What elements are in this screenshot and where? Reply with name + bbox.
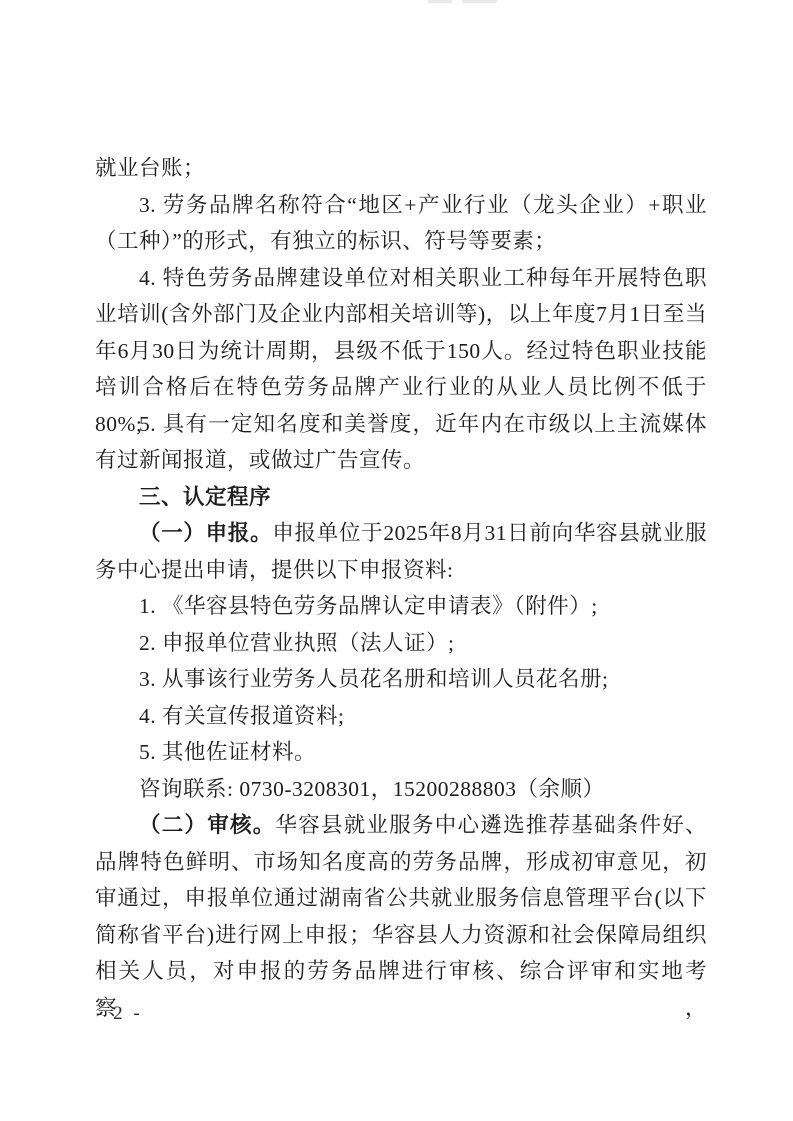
body-text: 相关人员，对申报的劳务品牌进行审核、综合评审和实地考察， — [95, 959, 707, 1020]
text-line: 年6月30日为统计周期，县级不低于150人。经过特色职业技能 — [95, 333, 707, 370]
body-text: 5. 其他佐证材料。 — [139, 740, 316, 764]
text-line: 咨询联系: 0730-3208301，15200288803（余顺） — [95, 771, 707, 808]
text-line: （一）申报。申报单位于2025年8月31日前向华容县就业服 — [95, 515, 707, 552]
text-line: 3. 劳务品牌名称符合“地区+产业行业（龙头企业）+职业 — [95, 187, 707, 224]
text-line: 有过新闻报道，或做过广告宣传。 — [95, 442, 707, 479]
page-number: - 2 - — [96, 1003, 143, 1025]
body-text: 务中心提出申请，提供以下申报资料: — [95, 558, 453, 582]
body-text: 4. 特色劳务品牌建设单位对相关职业工种每年开展特色职 — [139, 266, 707, 290]
text-line: 5. 其他佐证材料。 — [95, 734, 707, 771]
body-text: 申报单位于2025年8月31日前向华容县就业服 — [272, 521, 707, 545]
body-text: 年6月30日为统计周期，县级不低于150人。经过特色职业技能 — [95, 339, 707, 363]
text-line: 三、认定程序 — [95, 479, 707, 516]
text-line: 2. 申报单位营业执照（法人证）; — [95, 625, 707, 662]
heading-text: 三、认定程序 — [139, 485, 271, 509]
text-line: 就业台账； — [95, 150, 707, 187]
body-text: 简称省平台)进行网上申报；华容县人力资源和社会保障局组织 — [95, 923, 707, 947]
text-line: 业培训(含外部门及企业内部相关培训等)，以上年度7月1日至当 — [95, 296, 707, 333]
body-text: 审通过，申报单位通过湖南省公共就业服务信息管理平台(以下 — [95, 886, 707, 910]
document-page: 就业台账；3. 劳务品牌名称符合“地区+产业行业（龙头企业）+职业（工种）”的形… — [0, 0, 793, 1121]
text-line: （工种）”的形式，有独立的标识、符号等要素； — [95, 223, 707, 260]
body-text: 华容县就业服务中心遴选推荐基础条件好、 — [276, 813, 707, 837]
text-line: 品牌特色鲜明、市场知名度高的劳务品牌，形成初审意见，初 — [95, 844, 707, 881]
body-text: 就业台账； — [95, 156, 205, 180]
body-text: 5. 具有一定知名度和美誉度，近年内在市级以上主流媒体 — [139, 412, 707, 436]
heading-text: （一）申报。 — [139, 521, 272, 545]
text-line: 3. 从事该行业劳务人员花名册和培训人员花名册; — [95, 661, 707, 698]
text-line: 审通过，申报单位通过湖南省公共就业服务信息管理平台(以下 — [95, 880, 707, 917]
body-text: 2. 申报单位营业执照（法人证）; — [139, 631, 454, 655]
body-text: （工种）”的形式，有独立的标识、符号等要素； — [95, 229, 556, 253]
body-text: 品牌特色鲜明、市场知名度高的劳务品牌，形成初审意见，初 — [95, 850, 707, 874]
text-line: 相关人员，对申报的劳务品牌进行审核、综合评审和实地考察， — [95, 953, 707, 990]
text-line: 培训合格后在特色劳务品牌产业行业的从业人员比例不低于80%; — [95, 369, 707, 406]
text-line: 务中心提出申请，提供以下申报资料: — [95, 552, 707, 589]
body-text: 3. 劳务品牌名称符合“地区+产业行业（龙头企业）+职业 — [139, 193, 707, 217]
text-line: （二）审核。华容县就业服务中心遴选推荐基础条件好、 — [95, 807, 707, 844]
document-body: 就业台账；3. 劳务品牌名称符合“地区+产业行业（龙头企业）+职业（工种）”的形… — [95, 150, 707, 990]
body-text: 3. 从事该行业劳务人员花名册和培训人员花名册; — [139, 667, 608, 691]
scan-artifact — [428, 0, 452, 3]
body-text: 4. 有关宣传报道资料; — [139, 704, 344, 728]
text-line: 4. 有关宣传报道资料; — [95, 698, 707, 735]
scan-artifact — [462, 0, 497, 3]
body-text: 业培训(含外部门及企业内部相关培训等)，以上年度7月1日至当 — [95, 302, 707, 326]
text-line: 简称省平台)进行网上申报；华容县人力资源和社会保障局组织 — [95, 917, 707, 954]
body-text: 1. 《华容县特色劳务品牌认定申请表》（附件）; — [139, 594, 598, 618]
text-line: 5. 具有一定知名度和美誉度，近年内在市级以上主流媒体 — [95, 406, 707, 443]
text-line: 1. 《华容县特色劳务品牌认定申请表》（附件）; — [95, 588, 707, 625]
text-line: 4. 特色劳务品牌建设单位对相关职业工种每年开展特色职 — [95, 260, 707, 297]
heading-text: （二）审核。 — [139, 813, 276, 837]
body-text: 咨询联系: 0730-3208301，15200288803（余顺） — [139, 777, 605, 801]
body-text: 有过新闻报道，或做过广告宣传。 — [95, 448, 425, 472]
